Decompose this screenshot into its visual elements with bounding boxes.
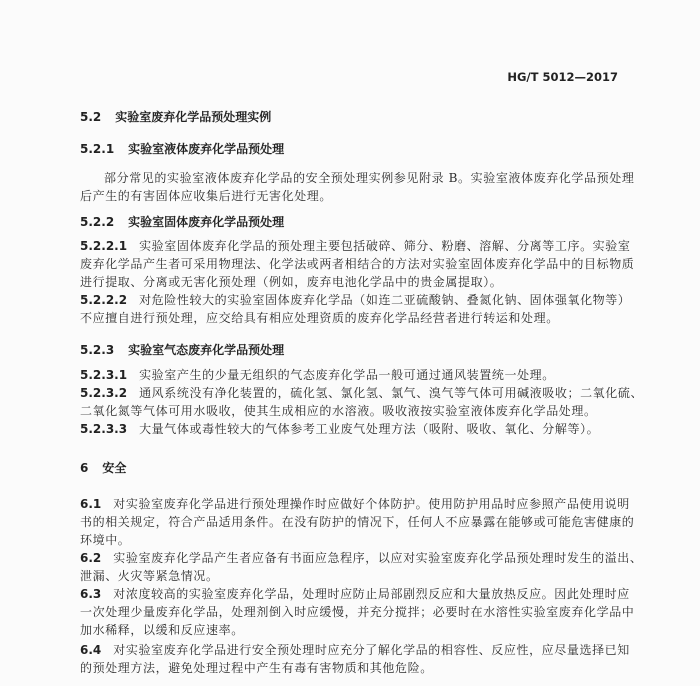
paragraph-line: 部分常见的实验室液体废弃化学品的安全预处理实例参见附录 B。实验室液体废弃化学品…: [104, 171, 644, 185]
paragraph-line: 废弃化学品产生者可采用物理法、化学法或两者相结合的方法对实验室固体废弃化学品中的…: [80, 257, 620, 271]
paragraph-line: 不应擅自进行预处理，应交给具有相应处理资质的废弃化学品经营者进行转运和处理。: [80, 311, 620, 325]
clause-5-2-2-2: 5.2.2.2对危险性较大的实验室固体废弃化学品（如连二亚硫酸钠、叠氮化钠、固体…: [80, 293, 620, 307]
heading-5-2: 5.2实验室废弃化学品预处理实例: [80, 108, 271, 125]
paragraph-line: 二氧化氮等气体可用水吸收，使其生成相应的水溶液。吸收液按实验室液体废弃化学品处理…: [80, 404, 620, 418]
paragraph-line: 进行提取、分离或无害化预处理（例如，废弃电池化学品中的贵金属提取）。: [80, 275, 620, 289]
paragraph-line: 加水稀释，以缓和反应速率。: [80, 623, 620, 637]
clause-5-2-3-1: 5.2.3.1实验室产生的少量无组织的气态废弃化学品一般可通过通风装置统一处理。: [80, 368, 620, 382]
clause-6-3: 6.3对浓度较高的实验室废弃化学品，处理时应防止局部剧烈反应和大量放热反应。因此…: [80, 587, 620, 601]
heading-5-2-3: 5.2.3实验室气态废弃化学品预处理: [80, 341, 284, 358]
clause-6-2: 6.2实验室废弃化学品产生者应备有书面应急程序，以应对实验室废弃化学品预处理时发…: [80, 551, 620, 565]
heading-5-2-1: 5.2.1实验室液体废弃化学品预处理: [80, 140, 284, 157]
paragraph-line: 的预处理方法，避免处理过程中产生有毒有害物质和其他危险。: [80, 661, 620, 675]
heading-6: 6安全: [80, 459, 126, 476]
heading-5-2-2: 5.2.2实验室固体废弃化学品预处理: [80, 213, 284, 230]
clause-5-2-3-2: 5.2.3.2通风系统没有净化装置的，硫化氢、氯化氢、氯气、溴气等气体可用碱液吸…: [80, 386, 620, 400]
paragraph-line: 环境中。: [80, 533, 620, 547]
clause-6-1: 6.1对实验室废弃化学品进行预处理操作时应做好个体防护。使用防护用品时应参照产品…: [80, 497, 620, 511]
clause-5-2-3-3: 5.2.3.3大量气体或毒性较大的气体参考工业废气处理方法（吸附、吸收、氧化、分…: [80, 422, 620, 436]
clause-5-2-2-1: 5.2.2.1实验室固体废弃化学品的预处理主要包括破碎、筛分、粉磨、溶解、分离等…: [80, 239, 620, 253]
document-page: HG/T 5012—2017 5.2实验室废弃化学品预处理实例 5.2.1实验室…: [0, 0, 700, 686]
clause-6-4: 6.4对实验室废弃化学品进行安全预处理时应充分了解化学品的相容性、反应性，应尽量…: [80, 643, 620, 657]
paragraph-line: 泄漏、火灾等紧急情况。: [80, 569, 620, 583]
paragraph-line: 书的相关规定，符合产品适用条件。在没有防护的情况下，任何人不应暴露在能够或可能危…: [80, 515, 620, 529]
standard-code: HG/T 5012—2017: [507, 70, 618, 84]
paragraph-line: 后产生的有害固体应收集后进行无害化处理。: [80, 189, 620, 203]
paragraph-line: 一次处理少量废弃化学品，处理剂倒入时应缓慢，并充分搅拌；必要时在水溶性实验室废弃…: [80, 605, 620, 619]
